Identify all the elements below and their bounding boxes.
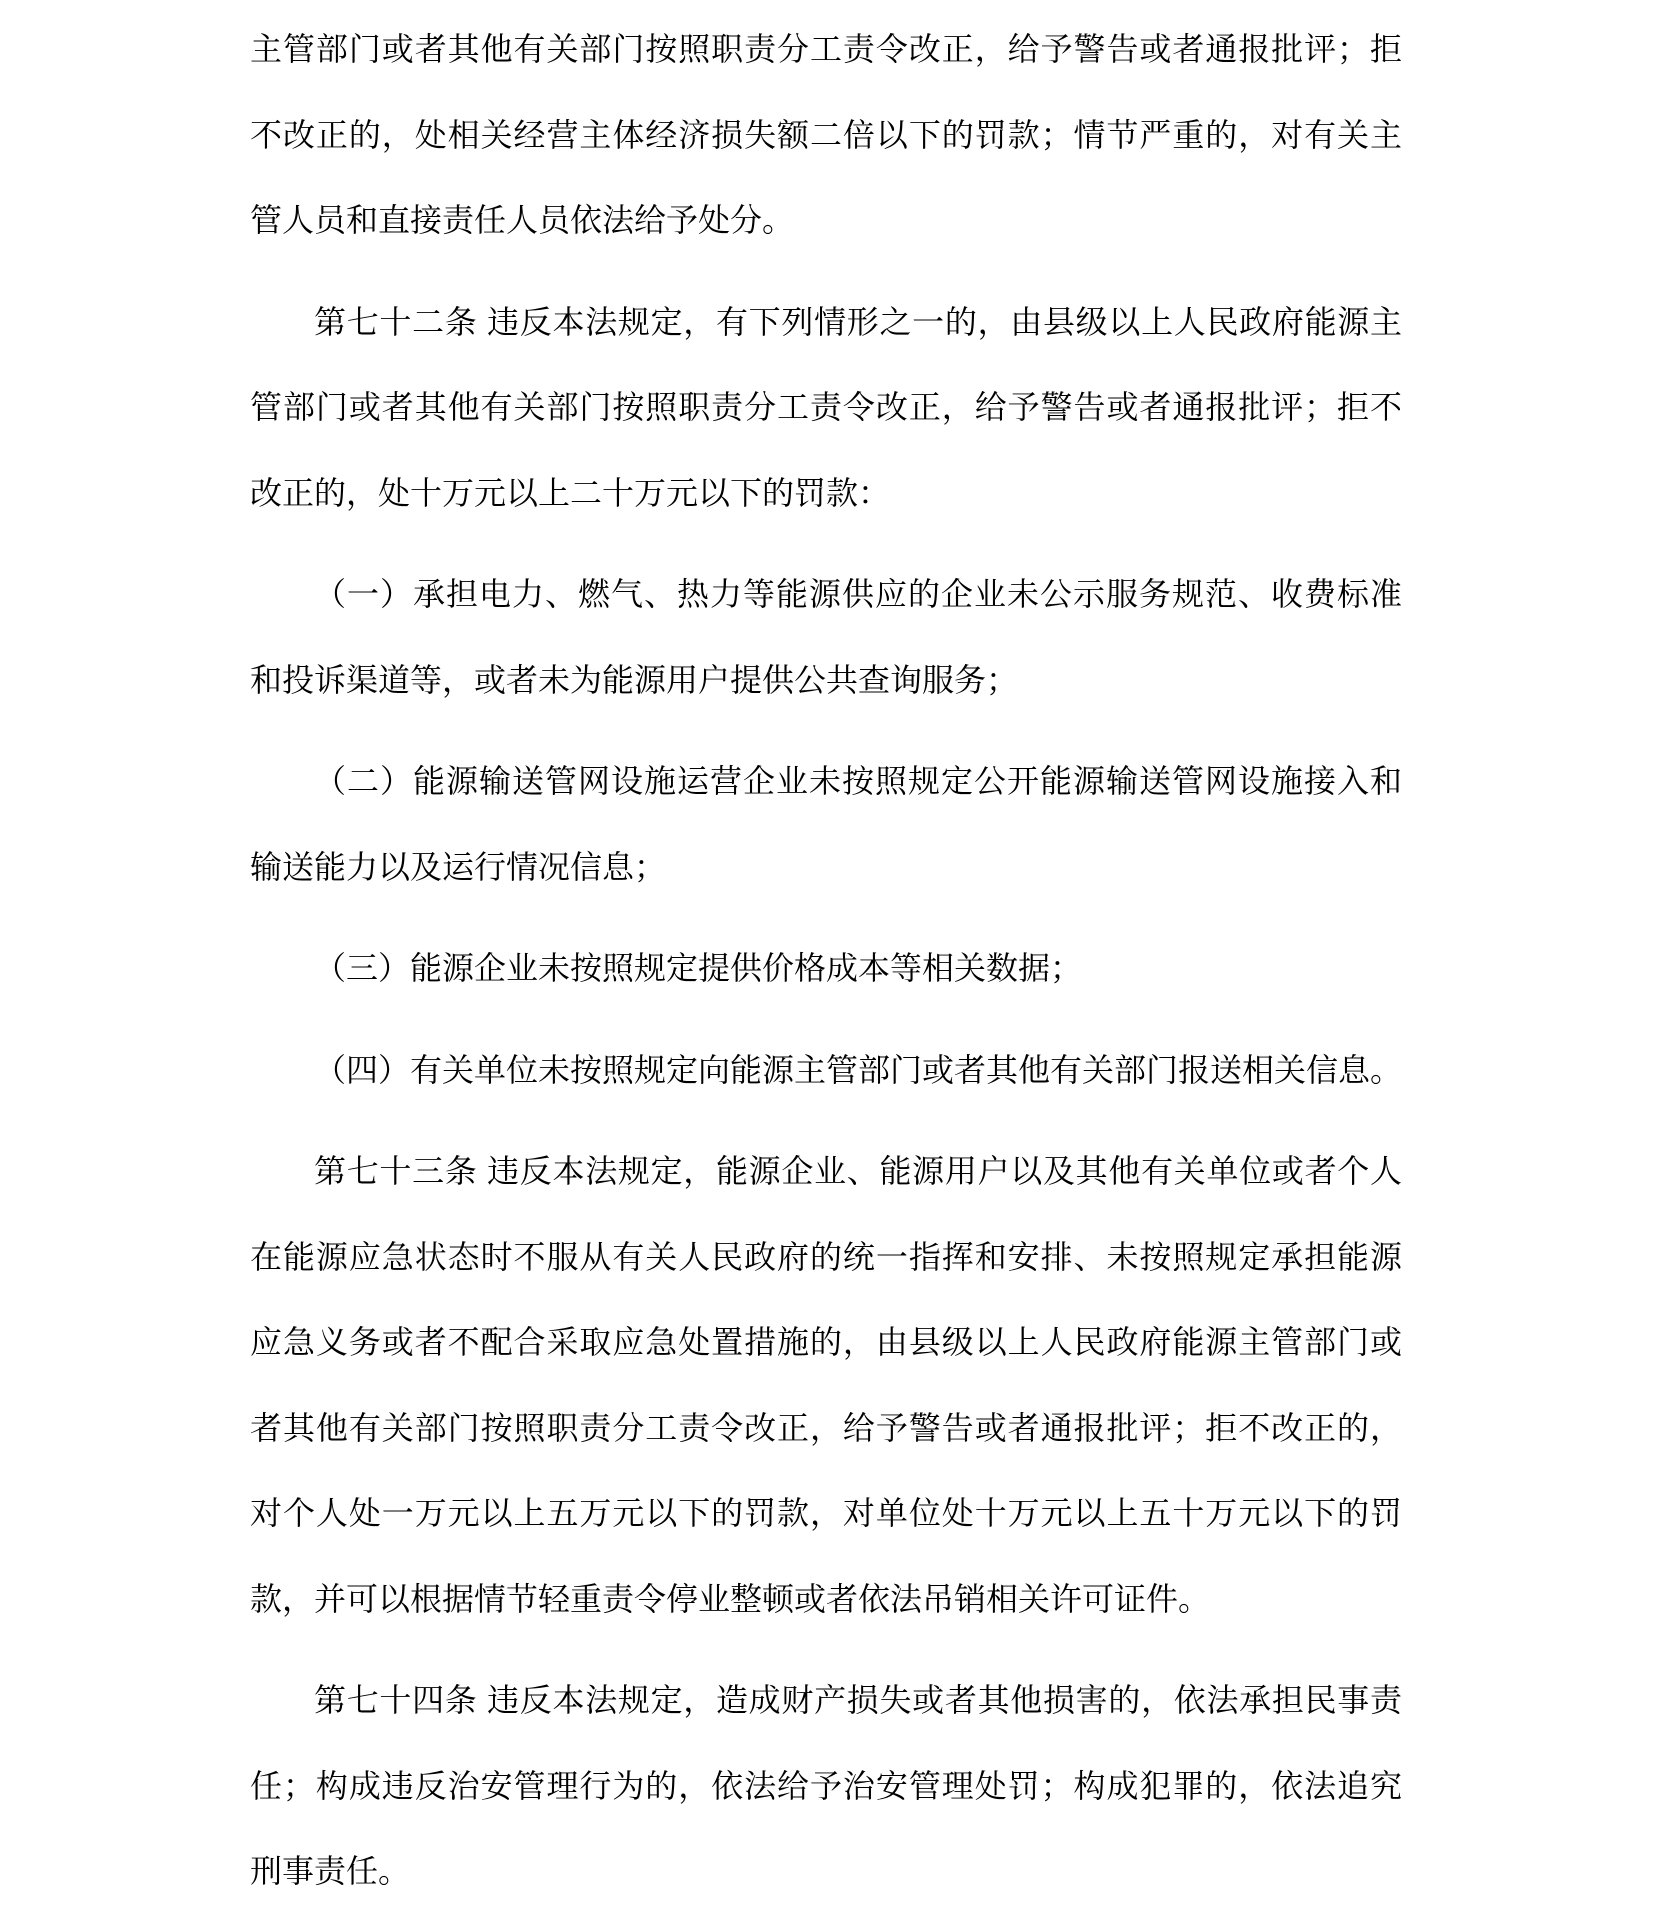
text-line: 第七十四条 违反本法规定，造成财产损失或者其他损害的，依法承担民事责 — [250, 1658, 1402, 1744]
text-line: 不改正的，处相关经营主体经济损失额二倍以下的罚款；情节严重的，对有关主 — [250, 93, 1402, 179]
text-line: （一）承担电力、燃气、热力等能源供应的企业未公示服务规范、收费标准 — [250, 552, 1402, 638]
text-line: （四）有关单位未按照规定向能源主管部门或者其他有关部门报送相关信息。 — [250, 1028, 1402, 1114]
paragraph-article-72: 第七十二条 违反本法规定，有下列情形之一的，由县级以上人民政府能源主管部门或者其… — [250, 280, 1402, 537]
text-line: （三）能源企业未按照规定提供价格成本等相关数据； — [250, 926, 1402, 1012]
text-line: 刑事责任。 — [250, 1829, 1402, 1915]
text-line: 款，并可以根据情节轻重责令停业整顿或者依法吊销相关许可证件。 — [250, 1557, 1402, 1643]
paragraph-continuation: 主管部门或者其他有关部门按照职责分工责令改正，给予警告或者通报批评；拒不改正的，… — [250, 7, 1402, 264]
text-line: 在能源应急状态时不服从有关人民政府的统一指挥和安排、未按照规定承担能源 — [250, 1215, 1402, 1301]
paragraph-item-4: （四）有关单位未按照规定向能源主管部门或者其他有关部门报送相关信息。 — [250, 1028, 1402, 1114]
text-line: 第七十三条 违反本法规定，能源企业、能源用户以及其他有关单位或者个人 — [250, 1129, 1402, 1215]
text-line: 输送能力以及运行情况信息； — [250, 825, 1402, 911]
text-block: 主管部门或者其他有关部门按照职责分工责令改正，给予警告或者通报批评；拒不改正的，… — [250, 7, 1402, 1915]
text-line: 主管部门或者其他有关部门按照职责分工责令改正，给予警告或者通报批评；拒 — [250, 7, 1402, 93]
article-number: 第七十三条 — [314, 1153, 478, 1189]
text-line: 第七十二条 违反本法规定，有下列情形之一的，由县级以上人民政府能源主 — [250, 280, 1402, 366]
paragraph-article-74: 第七十四条 违反本法规定，造成财产损失或者其他损害的，依法承担民事责任；构成违反… — [250, 1658, 1402, 1915]
text-line: 应急义务或者不配合采取应急处置措施的，由县级以上人民政府能源主管部门或 — [250, 1300, 1402, 1386]
paragraph-item-1: （一）承担电力、燃气、热力等能源供应的企业未公示服务规范、收费标准和投诉渠道等，… — [250, 552, 1402, 723]
paragraph-item-3: （三）能源企业未按照规定提供价格成本等相关数据； — [250, 926, 1402, 1012]
text-line: 管人员和直接责任人员依法给予处分。 — [250, 178, 1402, 264]
text-line: 任；构成违反治安管理行为的，依法给予治安管理处罚；构成犯罪的，依法追究 — [250, 1744, 1402, 1830]
article-number: 第七十四条 — [314, 1682, 478, 1718]
text-line: 者其他有关部门按照职责分工责令改正，给予警告或者通报批评；拒不改正的， — [250, 1386, 1402, 1472]
text-line: 改正的，处十万元以上二十万元以下的罚款： — [250, 451, 1402, 537]
article-number: 第七十二条 — [314, 304, 478, 340]
paragraph-article-73: 第七十三条 违反本法规定，能源企业、能源用户以及其他有关单位或者个人在能源应急状… — [250, 1129, 1402, 1642]
text-line: 对个人处一万元以上五万元以下的罚款，对单位处十万元以上五十万元以下的罚 — [250, 1471, 1402, 1557]
document-page: 主管部门或者其他有关部门按照职责分工责令改正，给予警告或者通报批评；拒不改正的，… — [0, 0, 1653, 1921]
text-line: 和投诉渠道等，或者未为能源用户提供公共查询服务； — [250, 638, 1402, 724]
text-line: （二）能源输送管网设施运营企业未按照规定公开能源输送管网设施接入和 — [250, 739, 1402, 825]
text-line: 管部门或者其他有关部门按照职责分工责令改正，给予警告或者通报批评；拒不 — [250, 365, 1402, 451]
paragraph-item-2: （二）能源输送管网设施运营企业未按照规定公开能源输送管网设施接入和输送能力以及运… — [250, 739, 1402, 910]
